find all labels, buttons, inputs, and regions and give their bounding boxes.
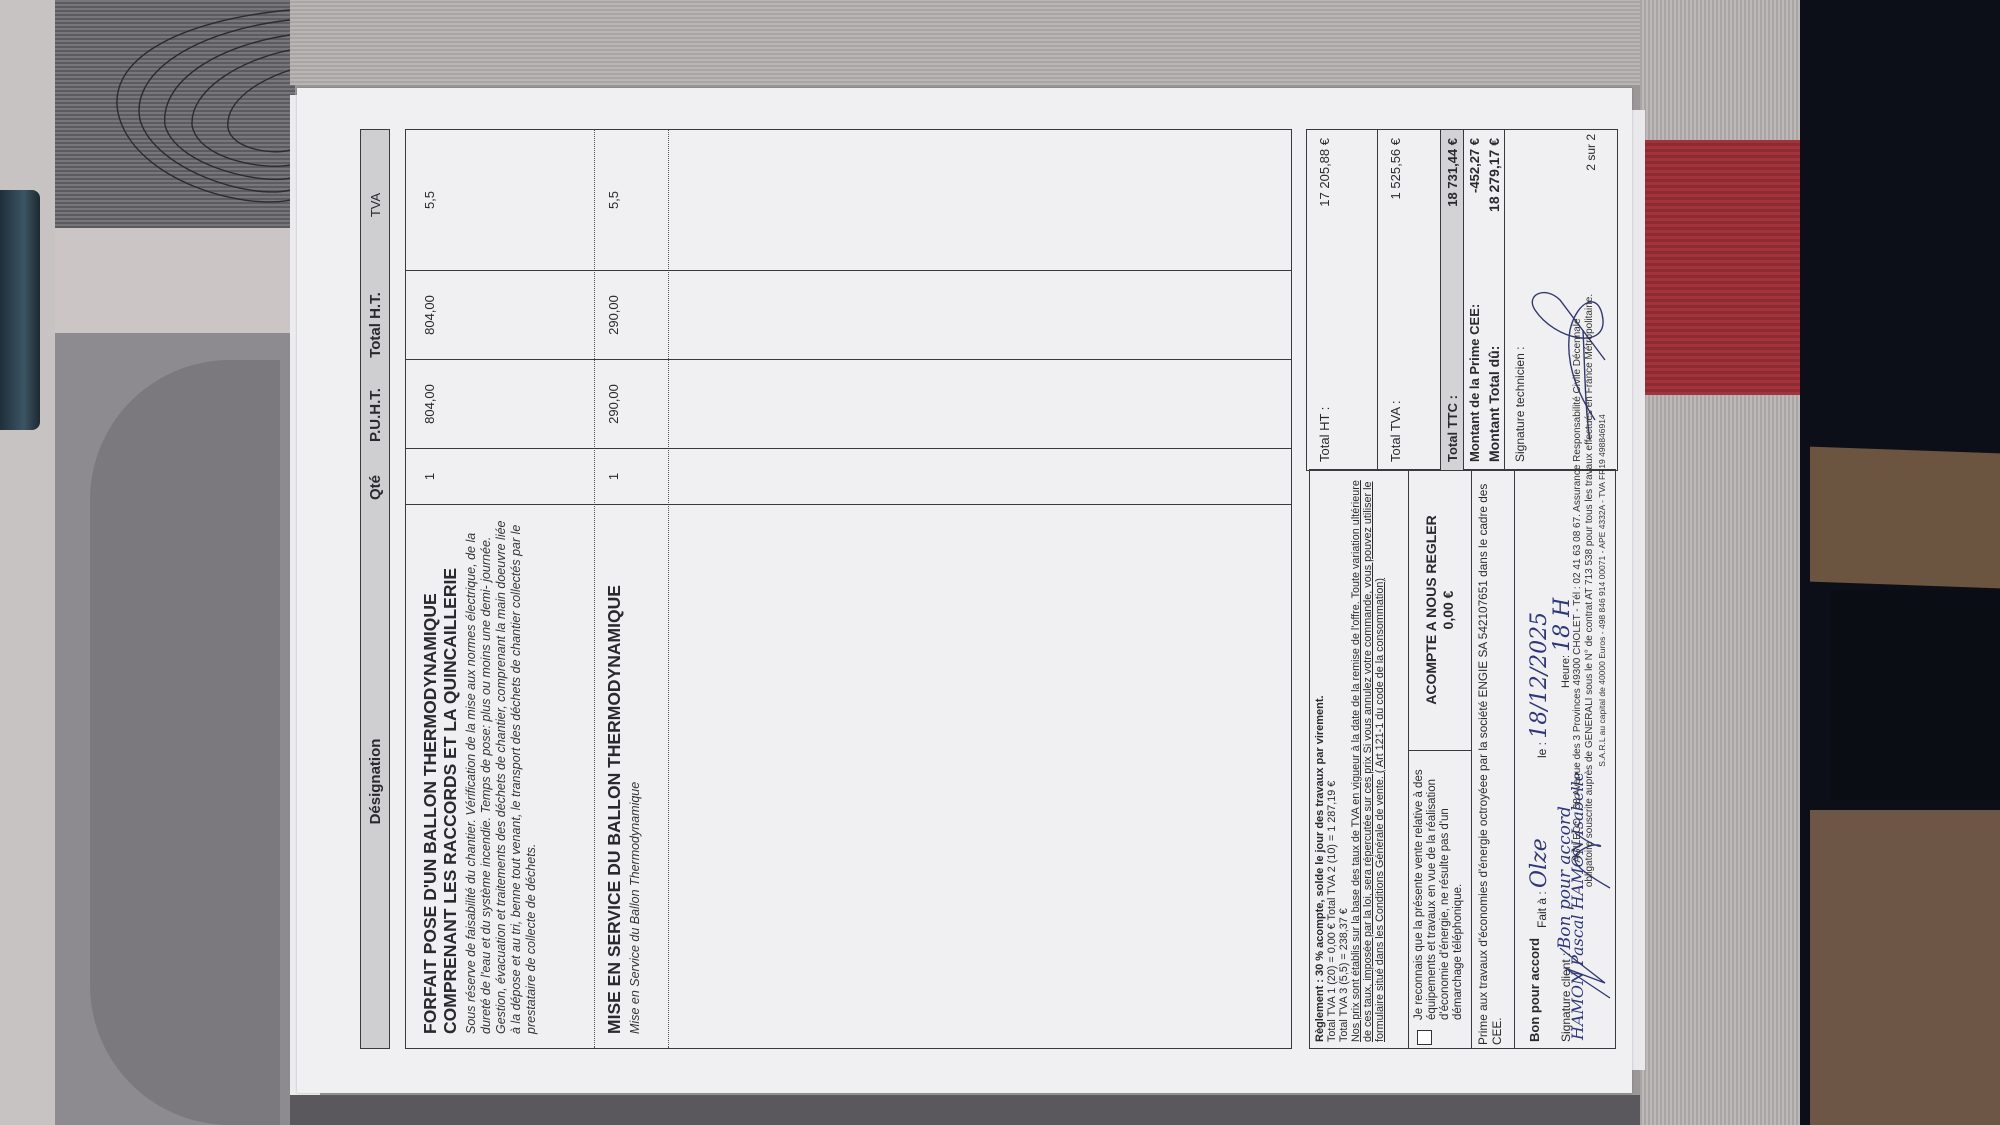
- place-label: Fait à :: [1535, 891, 1549, 928]
- item-title: MISE EN SERVICE DU BALLON THERMODYNAMIQU…: [604, 513, 624, 1034]
- item-unit-price: 290,00: [606, 360, 621, 448]
- table-row: FORFAIT POSE D'UN BALLON THERMODYNAMIQUE…: [420, 513, 539, 1034]
- total-tva-label: Total TVA :: [1388, 400, 1403, 462]
- cee-note: Prime aux travaux d'économies d'énergie …: [1472, 470, 1515, 1048]
- acknowledgement-text: Je reconnais que la présente vente relat…: [1413, 769, 1464, 1020]
- company-footer: AGILECO - 58 Avenue des 3 Provinces 4930…: [1572, 88, 1608, 1093]
- item-total: 804,00: [422, 271, 437, 359]
- tablecloth-pattern: [60, 0, 290, 228]
- place-handwritten: Olze: [1527, 838, 1552, 888]
- item-total: 290,00: [606, 271, 621, 359]
- footer-line: obligatoire souscrite auprès de GENERALI…: [1584, 88, 1596, 1093]
- items-table-header: Désignation Qté P.U.H.T. Total H.T. TVA: [360, 129, 390, 1049]
- invoice-page: Désignation Qté P.U.H.T. Total H.T. TVA …: [297, 88, 1632, 1093]
- deposit-amount: 0,00 €: [1440, 470, 1457, 750]
- footer-line: AGILECO - 58 Avenue des 3 Provinces 4930…: [1572, 88, 1584, 1093]
- date-field: le : 18/12/2025: [1527, 612, 1552, 758]
- footer-line: S.A.R.L au capital de 40000 Euros - 498 …: [1596, 88, 1608, 1093]
- payment-line: Nos prix sont établis sur la base des ta…: [1350, 476, 1386, 1042]
- item-description: Sous réserve de faisabilité du chantier.…: [464, 513, 539, 1034]
- header-unit-price: P.U.H.T.: [367, 370, 384, 460]
- total-ttc-value: 18 731,44 €: [1445, 138, 1460, 207]
- item-description: Mise en Service du Ballon Thermodynamiqu…: [628, 513, 643, 1034]
- date-label: le :: [1535, 742, 1549, 758]
- header-vat: TVA: [368, 130, 383, 280]
- payment-line: Règlement : 30 % acompte, solde le jour …: [1314, 695, 1326, 1042]
- place-field: Fait à : Olze: [1527, 838, 1552, 928]
- item-vat: 5,5: [606, 130, 621, 270]
- total-due-label: Montant Total dû:: [1486, 346, 1502, 462]
- payment-line: Total TVA 3 (5,5) = 238,37 €: [1338, 476, 1350, 1042]
- total-due-value: 18 279,17 €: [1486, 138, 1502, 212]
- acknowledgement: Je reconnais que la présente vente relat…: [1409, 750, 1471, 1048]
- time-label: Heure:: [1560, 655, 1572, 688]
- conditions-box: Règlement : 30 % acompte, solde le jour …: [1309, 469, 1616, 1049]
- phone-edge: [0, 190, 40, 430]
- item-vat: 5,5: [422, 130, 437, 270]
- acknowledgement-checkbox[interactable]: [1417, 1030, 1432, 1045]
- item-title: FORFAIT POSE D'UN BALLON THERMODYNAMIQUE…: [420, 513, 460, 1034]
- date-handwritten: 18/12/2025: [1527, 612, 1552, 739]
- total-ht-value: 17 205,88 €: [1317, 138, 1332, 207]
- payment-terms: Règlement : 30 % acompte, solde le jour …: [1310, 470, 1409, 1048]
- item-qty: 1: [606, 449, 621, 504]
- cee-amount-label: Montant de la Prime CEE:: [1467, 304, 1482, 462]
- deposit-label: ACOMPTE A NOUS REGLER: [1423, 470, 1440, 750]
- item-unit-price: 804,00: [422, 360, 437, 448]
- total-ttc-label: Total TTC :: [1445, 395, 1460, 462]
- items-table: FORFAIT POSE D'UN BALLON THERMODYNAMIQUE…: [405, 129, 1292, 1049]
- cee-amount-value: -452,27 €: [1467, 138, 1482, 193]
- payment-line: Total TVA 1 (20) = 0,00 € Total TVA 2 (1…: [1326, 476, 1338, 1042]
- item-qty: 1: [422, 449, 437, 504]
- header-designation: Désignation: [367, 515, 384, 1048]
- total-tva-value: 1 525,56 €: [1388, 138, 1403, 199]
- deposit-box: ACOMPTE A NOUS REGLER 0,00 €: [1409, 470, 1471, 750]
- table-row: MISE EN SERVICE DU BALLON THERMODYNAMIQU…: [604, 513, 643, 1034]
- header-qty: Qté: [367, 460, 384, 515]
- total-ht-label: Total HT :: [1317, 407, 1332, 462]
- agreement-label: Bon pour accord: [1527, 938, 1542, 1042]
- header-total: Total H.T.: [367, 280, 384, 370]
- page-number: 2 sur 2: [1584, 134, 1598, 171]
